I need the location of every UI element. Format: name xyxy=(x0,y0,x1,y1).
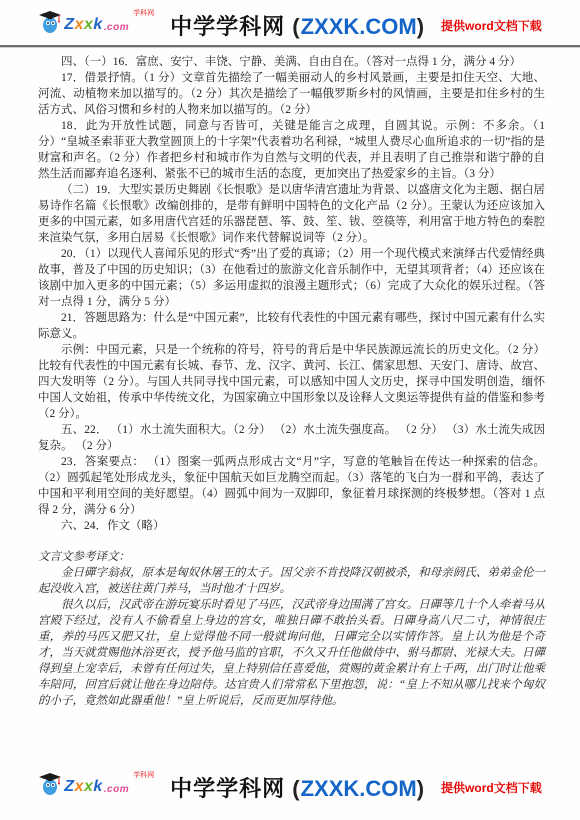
answer-paragraph-19: （二）19．大型实景历史舞剧《长恨歌》是以唐华清宫遗址为背景、以盛唐文化为主题、… xyxy=(38,182,545,246)
graduate-mascot-icon xyxy=(38,10,62,41)
answer-paragraph-21: 21．答题思路为：什么是“中国元素”，比较有代表性的中国元素有哪些，探讨中国元素… xyxy=(38,310,545,342)
word-download-link[interactable]: 提供word文档下载 xyxy=(441,17,542,34)
document-page: Zxxk.com 学科网 中学学科网 (ZXXK.COM) 提供word文档下载… xyxy=(0,0,580,820)
site-title-en: ZXXK.COM xyxy=(301,14,417,40)
site-title-cn: 中学学科网 xyxy=(170,772,285,803)
translation-heading: 文言文参考译文： xyxy=(38,549,545,565)
logo-wordmark: Zxxk.com xyxy=(64,779,129,795)
translation-paragraph-1: 金日磾字翁叔，原本是匈奴休屠王的太子。因父亲不肯投降汉朝被杀，和母亲阏氏、弟弟金… xyxy=(38,565,545,597)
answer-paragraph-18: 18．此为开放性试题，同意与否皆可，关键是能言之成理，自圆其说。示例：不多余。（… xyxy=(38,118,545,182)
site-title-footer: 中学学科网 (ZXXK.COM) xyxy=(170,772,425,803)
logo-tagline: 学科网 xyxy=(133,772,154,779)
site-title-cn: 中学学科网 xyxy=(170,10,285,41)
answer-paragraph-24: 六、24．作文（略） xyxy=(38,518,545,534)
site-banner-top: Zxxk.com 学科网 中学学科网 (ZXXK.COM) 提供word文档下载 xyxy=(0,0,580,42)
site-title: 中学学科网 (ZXXK.COM) xyxy=(170,10,425,41)
answer-paragraph-21-example: 示例：中国元素，只是一个统称的符号，符号的背后是中华民族源远流长的历史文化。（2… xyxy=(38,342,545,422)
graduate-mascot-icon xyxy=(38,772,62,803)
logo-tagline: 学科网 xyxy=(133,10,154,17)
zxxk-logo-footer[interactable]: Zxxk.com 学科网 xyxy=(38,772,154,803)
answer-paragraph-22: 五、22． （1）水土流失面积大。（2 分） （2）水土流失强度高。 （2 分）… xyxy=(38,422,545,454)
answer-paragraph-23: 23．答案要点： （1）图案一弧两点形成古文“月”字，写意的笔触旨在传达一种探索… xyxy=(38,454,545,518)
logo-wordmark: Zxxk.com xyxy=(64,17,129,33)
word-download-link-footer[interactable]: 提供word文档下载 xyxy=(441,779,542,796)
site-banner-bottom: Zxxk.com 学科网 中学学科网 (ZXXK.COM) 提供word文档下载 xyxy=(0,770,580,804)
classical-translation-section: 文言文参考译文： 金日磾字翁叔，原本是匈奴休屠王的太子。因父亲不肯投降汉朝被杀，… xyxy=(38,549,545,709)
answer-paragraph-16: 四、（一）16．富庶、安宁、丰饶、宁静、美满、自由自在。（答对一点得 1 分，满… xyxy=(38,54,545,70)
answer-paragraph-17: 17．借景抒情。（1 分）文章首先描绘了一幅美丽动人的乡村风景画，主要是扣住天空… xyxy=(38,70,545,118)
site-title-en: ZXXK.COM xyxy=(301,776,417,802)
answer-key-content: 四、（一）16．富庶、安宁、丰饶、宁静、美满、自由自在。（答对一点得 1 分，满… xyxy=(0,47,580,709)
translation-paragraph-2: 很久以后，汉武帝在游玩宴乐时看见了马匹，汉武帝身边围满了宫女。日磾等几十个人牵着… xyxy=(38,597,545,709)
zxxk-logo[interactable]: Zxxk.com 学科网 xyxy=(38,10,154,41)
answer-paragraph-20: 20．（1）以现代人喜闻乐见的形式“秀”出了爱的真谛；（2）用一个现代模式来演绎… xyxy=(38,246,545,310)
